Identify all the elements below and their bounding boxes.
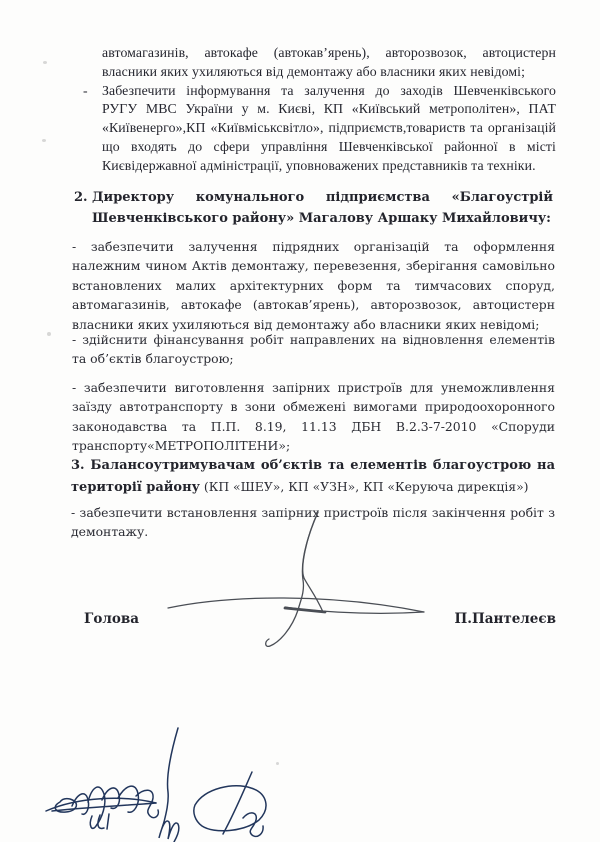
section-3-paragraph: - забезпечити встановлення запірних прис… bbox=[71, 503, 555, 542]
text-line: транспорту«МЕТРОПОЛІТЕНИ»; bbox=[72, 436, 555, 455]
heading-line: території району (КП «ШЕУ», КП «УЗН», КП… bbox=[71, 477, 555, 499]
text-line: заїзду автотранспорту в зони обмежені ви… bbox=[72, 397, 555, 416]
text-line: та об’єктів благоустрою; bbox=[72, 349, 555, 368]
scanned-page: автомагазинів, автокафе (автокав’ярень),… bbox=[0, 0, 600, 842]
section-1: автомагазинів, автокафе (автокав’ярень),… bbox=[102, 44, 556, 176]
section-2-paragraph-1: - забезпечити залучення підрядних органі… bbox=[72, 237, 555, 334]
heading-bold-part: території району bbox=[71, 480, 200, 495]
signature-1 bbox=[46, 786, 158, 829]
bottom-signatures-ink bbox=[38, 722, 283, 842]
text-line: - забезпечити виготовлення запірних прис… bbox=[72, 378, 555, 397]
section-2-paragraph-3: - забезпечити виготовлення запірних прис… bbox=[72, 378, 555, 456]
role-label: Голова bbox=[84, 611, 139, 627]
text-line: Києвідержавної адміністрації, уповноваже… bbox=[102, 157, 556, 176]
bullet-dash: - bbox=[83, 82, 88, 101]
text-line: - забезпечити встановлення запірних прис… bbox=[71, 503, 555, 522]
text-line: «Київенерго»,КП «Київміськсвітло», підпр… bbox=[102, 119, 556, 138]
text-line: - забезпечити залучення підрядних органі… bbox=[72, 237, 555, 256]
signature-row: Голова П.Пантелеєв bbox=[84, 611, 556, 627]
text-line: - здійснити фінансування робіт направлен… bbox=[72, 330, 555, 349]
signature-3 bbox=[194, 772, 266, 836]
text-line: власники яких ухиляються від демонтажу а… bbox=[102, 63, 556, 82]
section-2-number: 2. bbox=[74, 188, 88, 209]
text-line: Забезпечити інформування та залучення до… bbox=[102, 82, 556, 101]
text-line: автомагазинів, автокафе (автокав’ярень),… bbox=[72, 295, 555, 314]
text-line: що входять до сфери управління Шевченків… bbox=[102, 138, 556, 157]
scan-speck bbox=[47, 332, 51, 336]
signature-2 bbox=[159, 728, 179, 842]
scan-speck bbox=[43, 61, 47, 64]
heading-regular-part: (КП «ШЕУ», КП «УЗН», КП «Керуюча дирекці… bbox=[200, 479, 529, 494]
section-2-heading: 2. Директору комунального підприємства «… bbox=[92, 188, 553, 229]
heading-line: 3. Балансоутримувачам об’єктів та елемен… bbox=[71, 456, 555, 477]
text-line: встановлених малих архітектурних форм та… bbox=[72, 276, 555, 295]
section-2-paragraph-2: - здійснити фінансування робіт направлен… bbox=[72, 330, 555, 369]
scan-speck bbox=[276, 762, 279, 765]
text-line: демонтажу. bbox=[71, 522, 555, 541]
section-3-heading: 3. Балансоутримувачам об’єктів та елемен… bbox=[71, 456, 555, 498]
text-line: законодавства та П.П. 8.19, 11.13 ДБН В.… bbox=[72, 417, 555, 436]
text-line: РУГУ МВС України у м. Києві, КП «Київськ… bbox=[102, 100, 556, 119]
heading-line: Шевченківського району» Магалову Аршаку … bbox=[92, 209, 553, 230]
heading-line: Директору комунального підприємства «Бла… bbox=[92, 188, 553, 209]
text-line: належним чином Актів демонтажу, перевезе… bbox=[72, 256, 555, 275]
text-line: автомагазинів, автокафе (автокав’ярень),… bbox=[102, 44, 556, 63]
signer-name: П.Пантелеєв bbox=[455, 611, 557, 627]
scan-speck bbox=[42, 139, 46, 142]
